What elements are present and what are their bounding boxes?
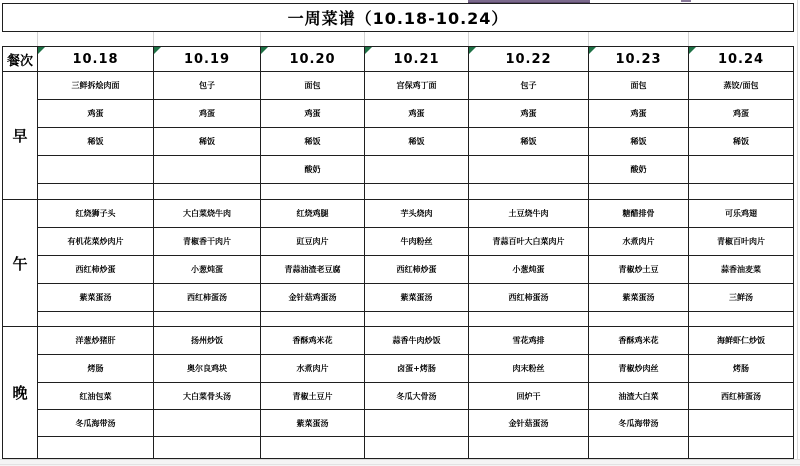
menu-cell[interactable]: 紫菜蛋汤 [589,284,689,312]
menu-cell[interactable] [469,184,589,200]
menu-cell[interactable]: 面包 [261,72,365,100]
menu-cell[interactable]: 宫保鸡丁面 [365,72,469,100]
menu-cell[interactable]: 青椒土豆片 [261,383,365,410]
menu-cell[interactable] [154,156,261,184]
menu-cell[interactable]: 红油包菜 [38,383,154,410]
date-header-10-23[interactable]: 10.23 [589,47,689,72]
sheet-gridline-vertical [153,32,154,46]
menu-cell[interactable]: 小葱炖蛋 [154,256,261,284]
menu-cell[interactable]: 酸奶 [261,156,365,184]
date-label: 10.22 [505,52,551,67]
date-header-10-20[interactable]: 10.20 [261,47,365,72]
menu-cell[interactable] [365,184,469,200]
text-number-flag-icon [154,47,161,54]
menu-cell[interactable] [154,184,261,200]
sheet-gridline-vertical [37,32,38,46]
section-label-breakfast[interactable]: 早 [3,72,38,200]
menu-cell[interactable]: 豇豆肉片 [261,228,365,256]
date-header-10-22[interactable]: 10.22 [469,47,589,72]
menu-cell[interactable]: 小葱炖蛋 [469,256,589,284]
date-label: 10.23 [615,52,661,67]
menu-cell[interactable] [38,184,154,200]
menu-cell[interactable] [154,312,261,327]
menu-cell[interactable]: 大白菜烧牛肉 [154,200,261,228]
menu-cell[interactable] [261,184,365,200]
menu-cell[interactable]: 蒜香油麦菜 [689,256,794,284]
menu-cell[interactable]: 酸奶 [589,156,689,184]
date-label: 10.20 [289,52,335,67]
menu-cell[interactable]: 金针菇蛋汤 [469,410,589,437]
menu-cell[interactable]: 西红柿蛋汤 [469,284,589,312]
menu-cell[interactable]: 有机花菜炒肉片 [38,228,154,256]
menu-cell[interactable] [689,156,794,184]
menu-cell[interactable]: 肉末粉丝 [469,355,589,383]
menu-cell[interactable]: 紫菜蛋汤 [365,284,469,312]
menu-cell[interactable] [365,410,469,437]
menu-cell[interactable]: 三鲜拆烩肉面 [38,72,154,100]
text-number-flag-icon [261,47,268,54]
menu-cell[interactable]: 西红柿蛋汤 [154,284,261,312]
menu-title-cell[interactable]: 一周菜谱（10.18-10.24） [2,3,794,32]
menu-cell[interactable] [689,410,794,437]
menu-cell[interactable]: 稀饭 [38,128,154,156]
menu-cell[interactable]: 卤蛋+烤肠 [365,355,469,383]
menu-cell[interactable]: 鸡蛋 [469,100,589,128]
menu-cell[interactable] [689,312,794,327]
menu-cell[interactable]: 稀饭 [261,128,365,156]
menu-cell[interactable]: 鸡蛋 [154,100,261,128]
menu-cell[interactable]: 青椒炒肉丝 [589,355,689,383]
date-header-10-19[interactable]: 10.19 [154,47,261,72]
menu-cell[interactable]: 面包 [589,72,689,100]
menu-cell[interactable] [365,437,469,459]
sheet-gridline-vertical [688,32,689,46]
menu-cell[interactable]: 鸡蛋 [38,100,154,128]
menu-cell[interactable]: 西红柿炒蛋 [38,256,154,284]
date-label: 10.19 [184,52,230,67]
menu-cell[interactable]: 稀饭 [154,128,261,156]
sheet-gridline-vertical [260,32,261,46]
header-label: 餐次 [7,50,33,69]
menu-cell[interactable]: 稀饭 [589,128,689,156]
menu-cell[interactable] [38,312,154,327]
menu-cell[interactable]: 鸡蛋 [365,100,469,128]
menu-cell[interactable]: 稀饭 [469,128,589,156]
text-number-flag-icon [589,47,596,54]
menu-cell[interactable]: 鸡蛋 [589,100,689,128]
menu-cell[interactable]: 奥尔良鸡块 [154,355,261,383]
date-header-10-21[interactable]: 10.21 [365,47,469,72]
menu-cell[interactable]: 水煮肉片 [261,355,365,383]
menu-cell[interactable]: 稀饭 [365,128,469,156]
menu-cell[interactable]: 紫菜蛋汤 [261,410,365,437]
date-label: 10.24 [718,52,764,67]
menu-cell[interactable]: 青椒香干肉片 [154,228,261,256]
menu-cell[interactable]: 冬瓜大骨汤 [365,383,469,410]
menu-cell[interactable]: 西红柿炒蛋 [365,256,469,284]
menu-cell[interactable]: 雪花鸡排 [469,327,589,355]
sheet-gridline-vertical [588,32,589,46]
menu-cell[interactable]: 包子 [469,72,589,100]
menu-cell[interactable] [365,312,469,327]
menu-cell[interactable]: 金针菇鸡蛋汤 [261,284,365,312]
sheet-gridline-vertical [364,32,365,46]
menu-cell[interactable]: 青蒜百叶大白菜肉片 [469,228,589,256]
menu-cell[interactable] [589,184,689,200]
text-number-flag-icon [689,47,696,54]
menu-cell[interactable] [469,156,589,184]
menu-cell[interactable]: 芋头烧肉 [365,200,469,228]
menu-cell[interactable]: 香酥鸡米花 [589,327,689,355]
menu-cell[interactable]: 糖醋排骨 [589,200,689,228]
menu-cell[interactable] [261,437,365,459]
menu-cell[interactable]: 红烧狮子头 [38,200,154,228]
menu-cell[interactable]: 土豆烧牛肉 [469,200,589,228]
text-number-flag-icon [365,47,372,54]
menu-cell[interactable]: 牛肉粉丝 [365,228,469,256]
menu-cell[interactable] [689,184,794,200]
menu-cell[interactable]: 鸡蛋 [689,100,794,128]
menu-cell[interactable] [261,312,365,327]
menu-cell[interactable]: 冬瓜海带汤 [38,410,154,437]
menu-cell[interactable]: 蒸饺/面包 [689,72,794,100]
menu-cell[interactable]: 青椒百叶肉片 [689,228,794,256]
menu-cell[interactable]: 鸡蛋 [261,100,365,128]
menu-cell[interactable] [154,437,261,459]
menu-cell[interactable]: 蒜香牛肉炒饭 [365,327,469,355]
menu-cell[interactable]: 海鲜虾仁炒饭 [689,327,794,355]
meal-column-header[interactable]: 餐次 [3,47,38,72]
menu-cell[interactable]: 烤肠 [689,355,794,383]
menu-cell[interactable]: 冬瓜海带汤 [589,410,689,437]
date-header-10-18[interactable]: 10.18 [38,47,154,72]
section-label-dinner[interactable]: 晚 [3,327,38,459]
menu-cell[interactable]: 青蒜油渣老豆腐 [261,256,365,284]
menu-cell[interactable]: 扬州炒饭 [154,327,261,355]
date-header-10-24[interactable]: 10.24 [689,47,794,72]
menu-cell[interactable]: 可乐鸡翅 [689,200,794,228]
date-label: 10.21 [393,52,439,67]
section-label-lunch[interactable]: 午 [3,200,38,327]
menu-cell[interactable] [589,312,689,327]
text-number-flag-icon [38,47,45,54]
menu-cell[interactable]: 包子 [154,72,261,100]
menu-cell[interactable]: 青椒炒土豆 [589,256,689,284]
menu-cell[interactable]: 香酥鸡米花 [261,327,365,355]
empty-sheet-row [2,32,794,46]
weekly-menu-table: 餐次 10.18 10.19 10.20 10.21 10.22 10.23 1… [2,46,794,459]
menu-cell[interactable] [469,312,589,327]
menu-cell[interactable] [689,437,794,459]
menu-cell[interactable] [365,156,469,184]
sheet-gridline-horizontal [0,464,800,465]
menu-cell[interactable] [38,156,154,184]
menu-cell[interactable] [589,437,689,459]
menu-cell[interactable]: 稀饭 [689,128,794,156]
sheet-gridline-vertical [468,32,469,46]
menu-cell[interactable]: 红烧鸡腿 [261,200,365,228]
menu-cell[interactable]: 洋葱炒猪肝 [38,327,154,355]
menu-cell[interactable] [38,437,154,459]
menu-cell[interactable] [154,410,261,437]
page-title: 一周菜谱（10.18-10.24） [288,6,509,29]
menu-cell[interactable]: 油渣大白菜 [589,383,689,410]
window-accent-fragment-small [681,0,691,2]
menu-cell[interactable]: 西红柿蛋汤 [689,383,794,410]
menu-cell[interactable]: 烤肠 [38,355,154,383]
menu-cell[interactable]: 水煮肉片 [589,228,689,256]
text-number-flag-icon [469,47,476,54]
menu-cell[interactable]: 三鲜汤 [689,284,794,312]
spreadsheet-sheet: 一周菜谱（10.18-10.24） 餐次 10.18 10.19 10.20 1… [0,0,800,466]
sheet-gridline-vertical [797,0,798,466]
menu-cell[interactable]: 大白菜骨头汤 [154,383,261,410]
menu-cell[interactable]: 回炉干 [469,383,589,410]
menu-cell[interactable]: 紫菜蛋汤 [38,284,154,312]
menu-cell[interactable] [469,437,589,459]
date-label: 10.18 [72,52,118,67]
